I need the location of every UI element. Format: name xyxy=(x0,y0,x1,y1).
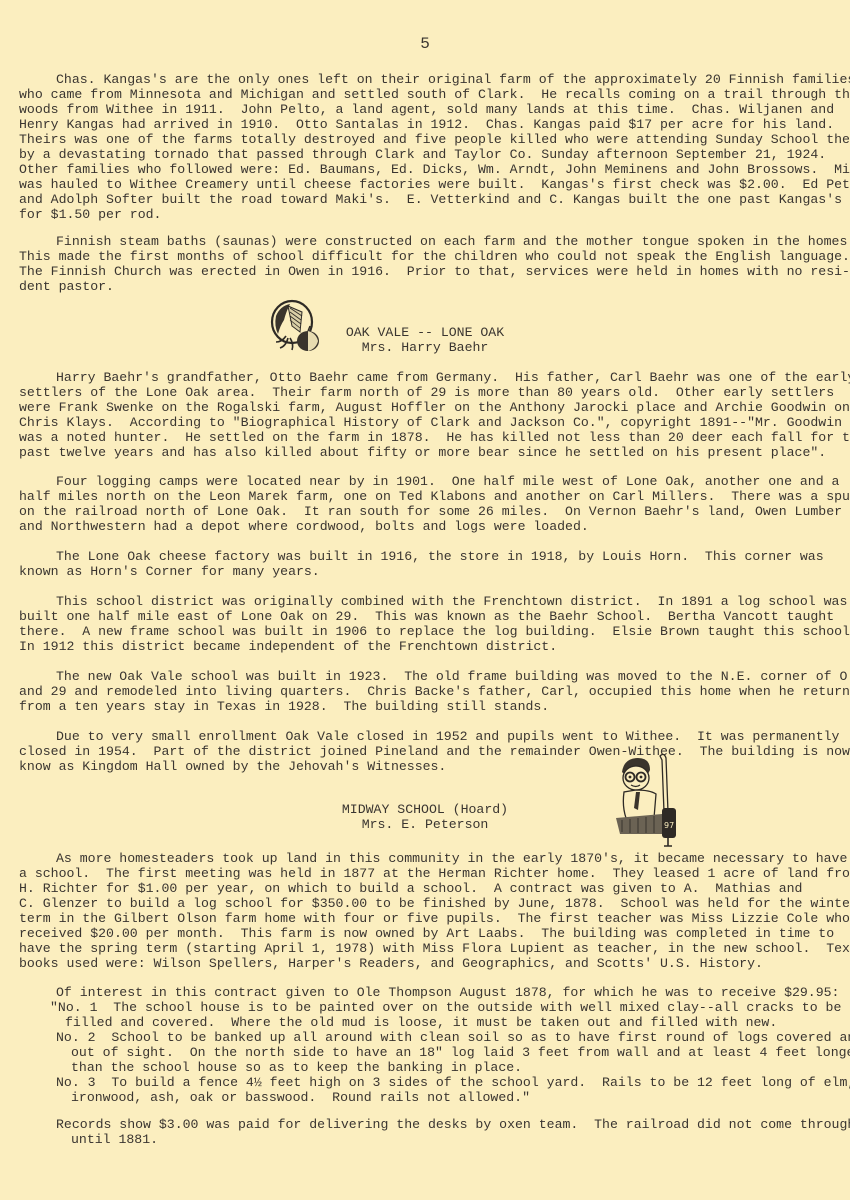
text-line: books used were: Wilson Spellers, Harper… xyxy=(19,956,839,971)
text-line: have the spring term (starting April 1, … xyxy=(19,941,839,956)
text-line: Other families who followed were: Ed. Ba… xyxy=(19,162,839,177)
text-line: In 1912 this district became independent… xyxy=(19,639,839,654)
globe-apple-illustration xyxy=(266,298,326,354)
text-line: closed in 1954. Part of the district joi… xyxy=(19,744,839,759)
text-line: was hauled to Withee Creamery until chee… xyxy=(19,177,839,192)
text-line: H. Richter for $1.00 per year, on which … xyxy=(19,881,839,896)
text-line: term in the Gilbert Olson farm home with… xyxy=(19,911,839,926)
text-line: The new Oak Vale school was built in 192… xyxy=(19,669,839,684)
paragraph-cheese-factory: The Lone Oak cheese factory was built in… xyxy=(19,549,839,579)
text-line: Chris Klays. According to "Biographical … xyxy=(19,415,839,430)
text-line: ironwood, ash, oak or basswood. Round ra… xyxy=(56,1090,850,1105)
text-line: until 1881. xyxy=(56,1132,850,1147)
contract-item-2: No. 2 School to be banked up all around … xyxy=(56,1030,850,1075)
text-line: received $20.00 per month. This farm is … xyxy=(19,926,839,941)
text-line: Harry Baehr's grandfather, Otto Baehr ca… xyxy=(19,370,839,385)
text-line: "No. 1 The school house is to be painted… xyxy=(50,1000,850,1015)
text-line: past twelve years and has also killed ab… xyxy=(19,445,839,460)
text-line: and 29 and remodeled into living quarter… xyxy=(19,684,839,699)
text-line: filled and covered. Where the old mud is… xyxy=(50,1015,850,1030)
text-line: who came from Minnesota and Michigan and… xyxy=(19,87,839,102)
paragraph-school-district: This school district was originally comb… xyxy=(19,594,839,654)
paragraph-saunas: Finnish steam baths (saunas) were constr… xyxy=(19,234,839,294)
text-line: dent pastor. xyxy=(19,279,839,294)
section-author: Mrs. E. Peterson xyxy=(330,817,520,832)
section-heading-midway: MIDWAY SCHOOL (Hoard) Mrs. E. Peterson xyxy=(330,802,520,832)
text-line: there. A new frame school was built in 1… xyxy=(19,624,839,639)
paragraph-homesteaders: As more homesteaders took up land in thi… xyxy=(19,851,839,971)
text-line: and Adolph Softer built the road toward … xyxy=(19,192,839,207)
text-line: No. 2 School to be banked up all around … xyxy=(56,1030,850,1045)
text-line: Henry Kangas had arrived in 1910. Otto S… xyxy=(19,117,839,132)
text-line: were Frank Swenke on the Rogalski farm, … xyxy=(19,400,839,415)
text-line: from a ten years stay in Texas in 1928. … xyxy=(19,699,839,714)
text-line: Theirs was one of the farms totally dest… xyxy=(19,132,839,147)
svg-text:97: 97 xyxy=(664,821,674,830)
section-heading-oak-vale: OAK VALE -- LONE OAK Mrs. Harry Baehr xyxy=(330,325,520,355)
text-line: C. Glenzer to build a log school for $35… xyxy=(19,896,839,911)
text-line: Four logging camps were located near by … xyxy=(19,474,839,489)
paragraph-contract-intro: Of interest in this contract given to Ol… xyxy=(56,985,850,1000)
text-line: No. 3 To build a fence 4½ feet high on 3… xyxy=(56,1075,850,1090)
text-line: out of sight. On the north side to have … xyxy=(56,1045,850,1060)
text-line: This made the first months of school dif… xyxy=(19,249,839,264)
page-number: 5 xyxy=(0,37,850,52)
paragraph-closure: Due to very small enrollment Oak Vale cl… xyxy=(19,729,839,774)
text-line: As more homesteaders took up land in thi… xyxy=(19,851,839,866)
text-line: on the railroad north of Lone Oak. It ra… xyxy=(19,504,839,519)
text-line: settlers of the Lone Oak area. Their far… xyxy=(19,385,839,400)
globe-icon xyxy=(266,298,326,354)
text-line: for $1.50 per rod. xyxy=(19,207,839,222)
text-line: by a devastating tornado that passed thr… xyxy=(19,147,839,162)
text-line: Of interest in this contract given to Ol… xyxy=(56,985,850,1000)
text-line: The Finnish Church was erected in Owen i… xyxy=(19,264,839,279)
paragraph-records: Records show $3.00 was paid for deliveri… xyxy=(56,1117,850,1147)
text-line: known as Horn's Corner for many years. xyxy=(19,564,839,579)
text-line: Finnish steam baths (saunas) were constr… xyxy=(19,234,839,249)
text-line: The Lone Oak cheese factory was built in… xyxy=(19,549,839,564)
contract-item-3: No. 3 To build a fence 4½ feet high on 3… xyxy=(56,1075,850,1105)
text-line: a school. The first meeting was held in … xyxy=(19,866,839,881)
text-line: This school district was originally comb… xyxy=(19,594,839,609)
paragraph-kangas: Chas. Kangas's are the only ones left on… xyxy=(19,72,839,222)
paragraph-logging: Four logging camps were located near by … xyxy=(19,474,839,534)
schoolboy-illustration: 97 xyxy=(610,752,682,848)
text-line: Chas. Kangas's are the only ones left on… xyxy=(19,72,839,87)
text-line: and Northwestern had a depot where cordw… xyxy=(19,519,839,534)
text-line: was a noted hunter. He settled on the fa… xyxy=(19,430,839,445)
paragraph-new-school: The new Oak Vale school was built in 192… xyxy=(19,669,839,714)
section-title: MIDWAY SCHOOL (Hoard) xyxy=(330,802,520,817)
paragraph-baehr: Harry Baehr's grandfather, Otto Baehr ca… xyxy=(19,370,839,460)
text-line: Due to very small enrollment Oak Vale cl… xyxy=(19,729,839,744)
text-line: know as Kingdom Hall owned by the Jehova… xyxy=(19,759,839,774)
section-title: OAK VALE -- LONE OAK xyxy=(330,325,520,340)
schoolboy-icon: 97 xyxy=(610,752,682,848)
text-line: built one half mile east of Lone Oak on … xyxy=(19,609,839,624)
section-author: Mrs. Harry Baehr xyxy=(330,340,520,355)
text-line: Records show $3.00 was paid for deliveri… xyxy=(56,1117,850,1132)
text-line: woods from Withee in 1911. John Pelto, a… xyxy=(19,102,839,117)
contract-item-1: "No. 1 The school house is to be painted… xyxy=(50,1000,850,1030)
text-line: than the school house so as to keep the … xyxy=(56,1060,850,1075)
text-line: half miles north on the Leon Marek farm,… xyxy=(19,489,839,504)
